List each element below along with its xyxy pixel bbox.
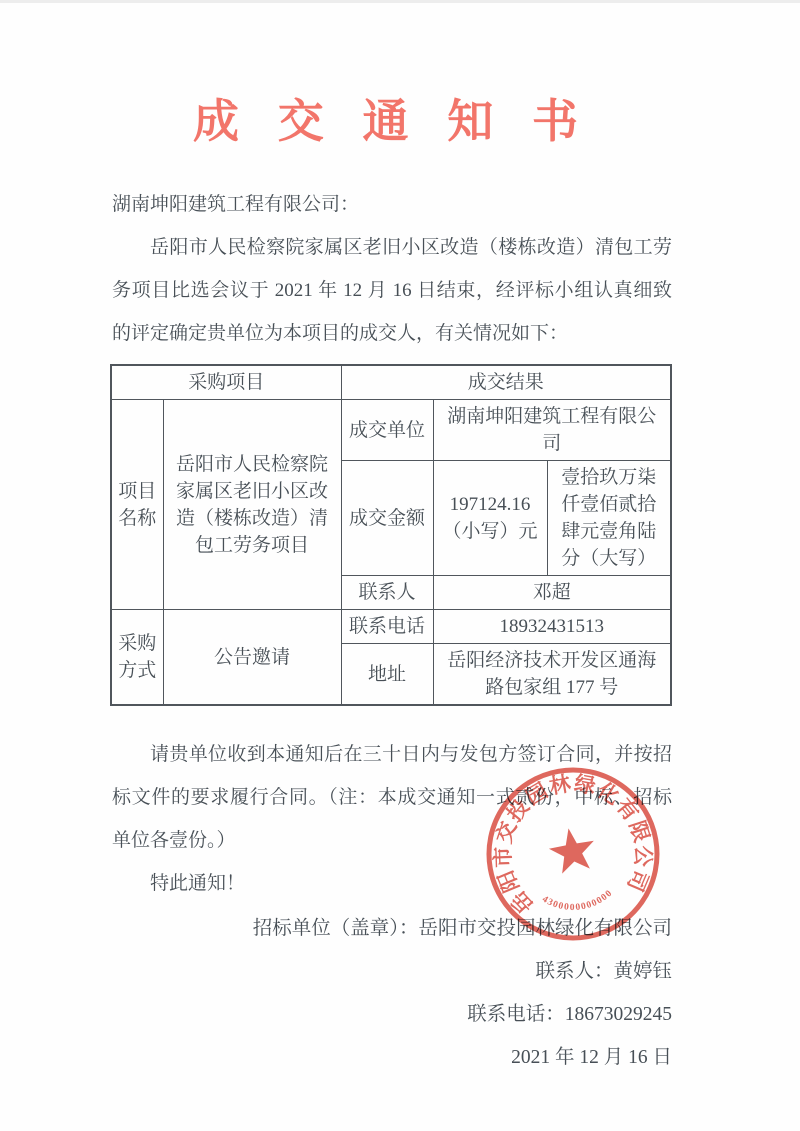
page-title: 成 交 通 知 书 [112,85,672,151]
cell-deal-unit-label: 成交单位 [341,400,433,461]
cell-deal-amount-label: 成交金额 [341,461,433,576]
cell-phone-label: 联系电话 [341,610,433,644]
signer-contact-line: 联系人：黄婷钰 [112,950,672,993]
cell-deal-amount-capital: 壹拾玖万柒仟壹佰贰拾肆元壹角陆分（大写） [547,461,671,576]
cell-deal-unit-value: 湖南坤阳建筑工程有限公司 [433,400,671,461]
closing-paragraph: 请贵单位收到本通知后在三十日内与发包方签订合同，并按招标文件的要求履行合同。（注… [112,733,672,862]
header-cell-procurement-project: 采购项目 [111,365,341,400]
date-line: 2021 年 12 月 16 日 [112,1036,672,1079]
cell-contact-label: 联系人 [341,576,433,610]
issuer-line: 招标单位（盖章）：岳阳市交投园林绿化有限公司 [112,907,672,950]
cell-deal-amount-numeric: 197124.16（小写）元 [433,461,547,576]
cell-method-value: 公告邀请 [163,610,341,706]
cell-method-label: 采购方式 [111,610,163,706]
table-row: 采购方式 公告邀请 联系电话 18932431513 [111,610,671,644]
table-row: 项目名称 岳阳市人民检察院家属区老旧小区改造（楼栋改造）清包工劳务项目 成交单位… [111,400,671,461]
intro-paragraph: 岳阳市人民检察院家属区老旧小区改造（楼栋改造）清包工劳务项目比选会议于 2021… [112,226,672,355]
header-cell-deal-result: 成交结果 [341,365,671,400]
signer-phone-line: 联系电话：18673029245 [112,993,672,1036]
table-row: 采购项目 成交结果 [111,365,671,400]
cell-project-name-value: 岳阳市人民检察院家属区老旧小区改造（楼栋改造）清包工劳务项目 [163,400,341,610]
signature-block: 招标单位（盖章）：岳阳市交投园林绿化有限公司 联系人：黄婷钰 联系电话：1867… [112,907,672,1079]
award-table: 采购项目 成交结果 项目名称 岳阳市人民检察院家属区老旧小区改造（楼栋改造）清包… [110,364,672,706]
cell-project-name-label: 项目名称 [111,400,163,610]
cell-contact-value: 邓超 [433,576,671,610]
notice-document-page: 成 交 通 知 书 湖南坤阳建筑工程有限公司： 岳阳市人民检察院家属区老旧小区改… [0,0,800,1131]
cell-address-label: 地址 [341,644,433,706]
cell-phone-value: 18932431513 [433,610,671,644]
notice-line: 特此通知！ [112,862,672,905]
recipient-line: 湖南坤阳建筑工程有限公司： [112,183,672,226]
cell-address-value: 岳阳经济技术开发区通海路包家组 177 号 [433,644,671,706]
